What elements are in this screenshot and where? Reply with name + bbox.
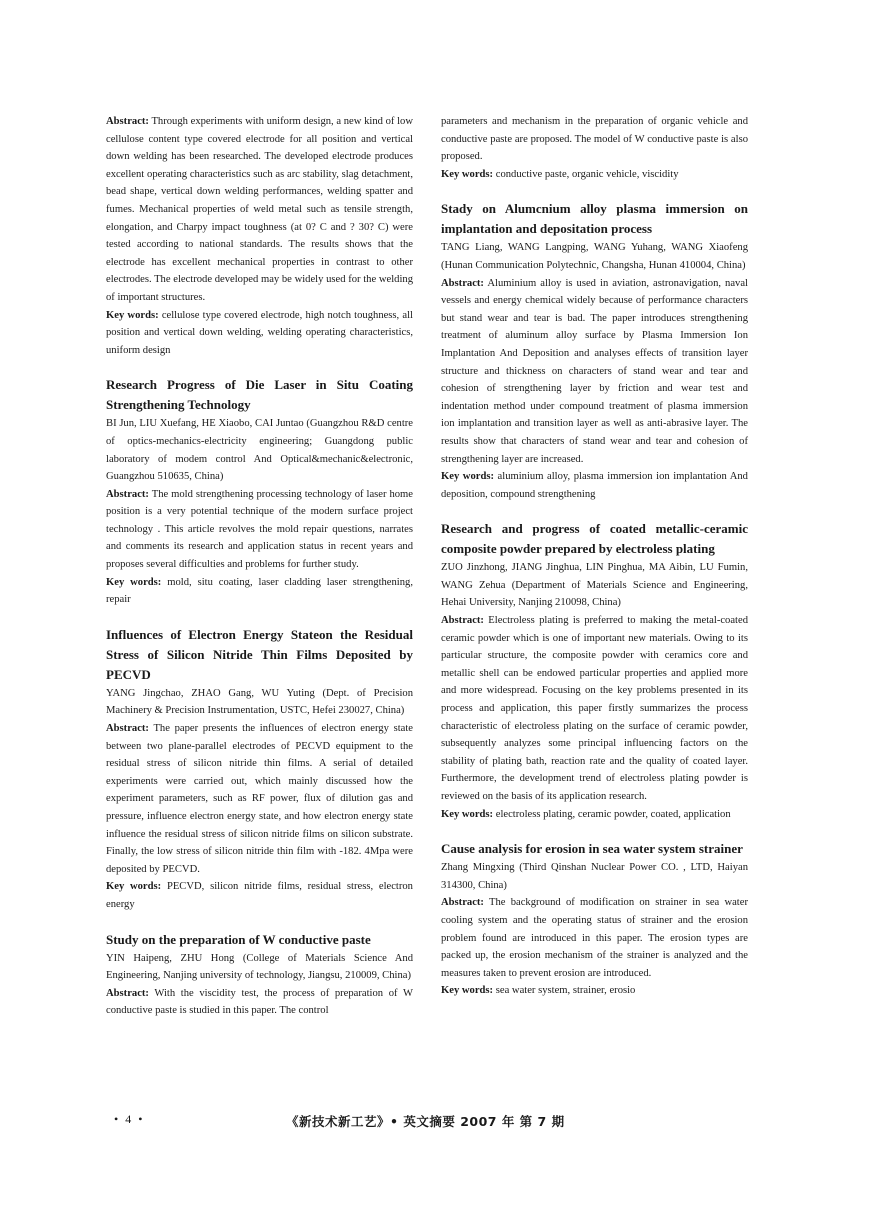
page-footer: • 4 • 《新技术新工艺》• 英文摘要 2007 年 第 7 期: [0, 1112, 869, 1132]
abstract-paragraph: Abstract: Aluminium alloy is used in avi…: [441, 275, 748, 469]
article-title: Cause analysis for erosion in sea water …: [441, 839, 748, 859]
article-title: Influences of Electron Energy Stateon th…: [106, 625, 413, 685]
abstract-paragraph: Abstract: The background of modification…: [441, 894, 748, 982]
keywords-paragraph: Key words: electroless plating, ceramic …: [441, 806, 748, 824]
keywords-paragraph: Key words: conductive paste, organic veh…: [441, 166, 748, 184]
abstract-continuation: parameters and mechanism in the preparat…: [441, 113, 748, 166]
keywords-text: conductive paste, organic vehicle, visci…: [496, 169, 679, 180]
keywords-text: sea water system, strainer, erosio: [496, 985, 636, 996]
keywords-label: Key words:: [106, 577, 161, 588]
keywords-text: electroless plating, ceramic powder, coa…: [496, 809, 731, 820]
keywords-paragraph: Key words: sea water system, strainer, e…: [441, 982, 748, 1000]
article-title: Research and progress of coated metallic…: [441, 519, 748, 559]
keywords-paragraph: Key words: mold, situ coating, laser cla…: [106, 574, 413, 609]
keywords-label: Key words:: [441, 169, 493, 180]
article-title: Stady on Alumcnium alloy plasma immersio…: [441, 199, 748, 239]
article-authors: BI Jun, LIU Xuefang, HE Xiaobo, CAI Junt…: [106, 415, 413, 485]
article-aluminium-alloy: Stady on Alumcnium alloy plasma immersio…: [441, 199, 748, 503]
keywords-paragraph: Key words: cellulose type covered electr…: [106, 307, 413, 360]
journal-issue: 《新技术新工艺》• 英文摘要 2007 年 第 7 期: [286, 1112, 565, 1130]
article-title: Research Progress of Die Laser in Situ C…: [106, 375, 413, 415]
right-column: parameters and mechanism in the preparat…: [441, 113, 748, 1000]
left-column: Abstract: Through experiments with unifo…: [106, 113, 413, 1020]
abstract-label: Abstract:: [106, 116, 149, 127]
abstract-paragraph: Abstract: The mold strengthening process…: [106, 486, 413, 574]
article-electroless-plating: Research and progress of coated metallic…: [441, 519, 748, 823]
keywords-label: Key words:: [106, 310, 159, 321]
abstract-paragraph: Abstract: With the viscidity test, the p…: [106, 985, 413, 1020]
article-authors: ZUO Jinzhong, JIANG Jinghua, LIN Pinghua…: [441, 559, 748, 612]
article-sea-water-strainer: Cause analysis for erosion in sea water …: [441, 839, 748, 1000]
article-die-laser: Research Progress of Die Laser in Situ C…: [106, 375, 413, 609]
abstract-paragraph: Abstract: Electroless plating is preferr…: [441, 612, 748, 806]
keywords-label: Key words:: [441, 471, 494, 482]
abstract-text: Through experiments with uniform design,…: [106, 116, 413, 303]
abstract-label: Abstract:: [441, 278, 484, 289]
article-authors: TANG Liang, WANG Langping, WANG Yuhang, …: [441, 239, 748, 274]
article-authors: YIN Haipeng, ZHU Hong (College of Materi…: [106, 950, 413, 985]
abstract-text: Electroless plating is preferred to maki…: [441, 615, 748, 802]
page-number: • 4 •: [114, 1112, 144, 1127]
keywords-label: Key words:: [441, 985, 493, 996]
abstract-text: The paper presents the influences of ele…: [106, 723, 413, 875]
article-w-paste: Study on the preparation of W conductive…: [106, 930, 413, 1020]
abstract-paragraph: Abstract: The paper presents the influen…: [106, 720, 413, 878]
article-pecvd: Influences of Electron Energy Stateon th…: [106, 625, 413, 914]
abstract-text: With the viscidity test, the process of …: [106, 988, 413, 1017]
abstract-label: Abstract:: [106, 489, 149, 500]
article-authors: YANG Jingchao, ZHAO Gang, WU Yuting (Dep…: [106, 685, 413, 720]
abstract-text: The mold strengthening processing techno…: [106, 489, 413, 570]
keywords-label: Key words:: [106, 881, 161, 892]
keywords-label: Key words:: [441, 809, 493, 820]
abstract-label: Abstract:: [106, 723, 149, 734]
abstract-text: The background of modification on strain…: [441, 897, 748, 978]
article-authors: Zhang Mingxing (Third Qinshan Nuclear Po…: [441, 859, 748, 894]
abstract-text: Aluminium alloy is used in aviation, ast…: [441, 278, 748, 465]
article-title: Study on the preparation of W conductive…: [106, 930, 413, 950]
abstract-label: Abstract:: [441, 897, 484, 908]
keywords-paragraph: Key words: aluminium alloy, plasma immer…: [441, 468, 748, 503]
keywords-paragraph: Key words: PECVD, silicon nitride films,…: [106, 878, 413, 913]
abstract-paragraph: Abstract: Through experiments with unifo…: [106, 113, 413, 307]
abstract-label: Abstract:: [106, 988, 149, 999]
abstract-label: Abstract:: [441, 615, 484, 626]
